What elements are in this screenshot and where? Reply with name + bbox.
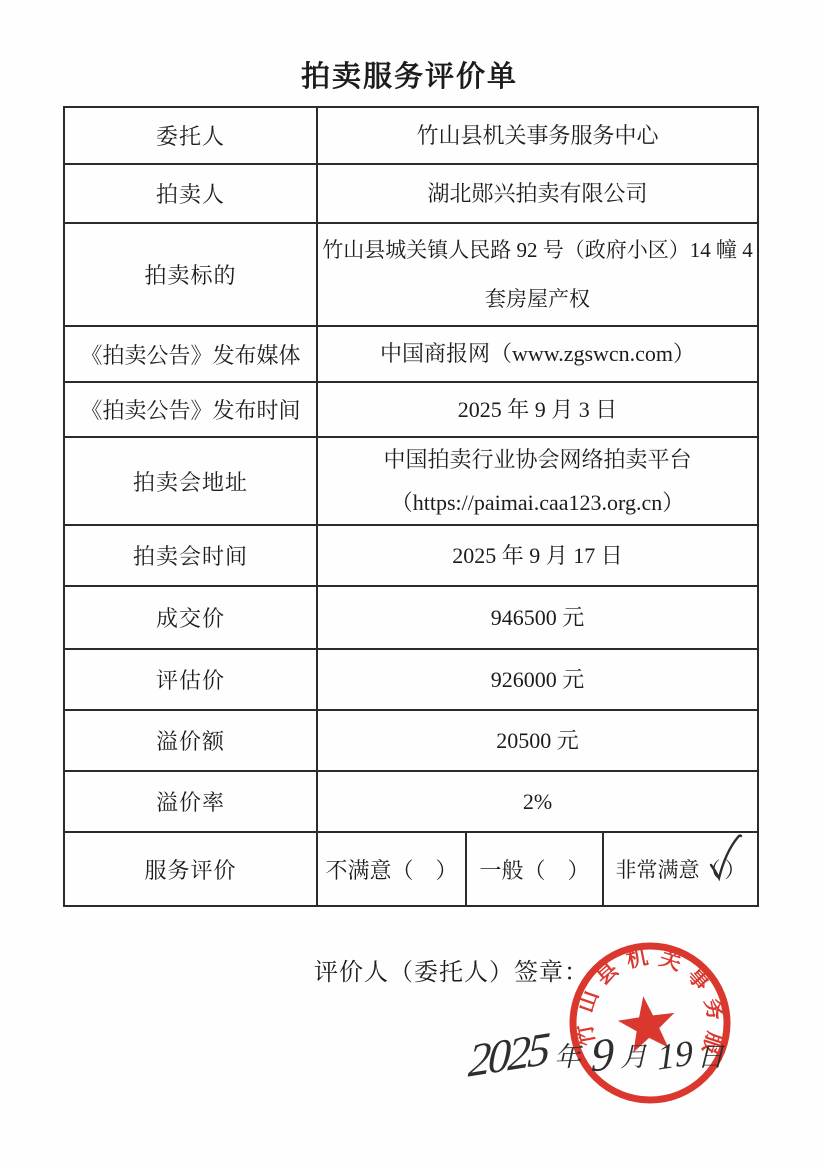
value-line: 湖北郧兴拍卖有限公司 [320, 183, 755, 205]
row-label: 成交价 [64, 586, 317, 649]
official-stamp: 竹山县机关事务服务中心 [563, 936, 737, 1110]
table-row: 评估价 926000 元 [64, 649, 758, 710]
date-year-unit: 年 [553, 1035, 581, 1075]
row-value: 2025 年 9 月 3 日 [317, 382, 758, 437]
rating-row: 服务评价 不满意（ ） 一般（ ） 非常满意（ ） [64, 832, 758, 906]
row-value: 中国商报网（www.zgswcn.com） [317, 326, 758, 382]
option-text: 不满意 [325, 858, 391, 883]
value-line: 20500 元 [320, 730, 755, 752]
value-line: 套房屋产权 [320, 275, 755, 324]
table-row: 成交价 946500 元 [64, 586, 758, 649]
date-day: 19 [656, 1031, 693, 1078]
table-row: 委托人 竹山县机关事务服务中心 [64, 107, 758, 164]
value-line: 竹山县机关事务服务中心 [320, 125, 755, 147]
date-year: 2025 [467, 1021, 549, 1088]
date-day-unit: 日 [697, 1035, 724, 1074]
value-line: （https://paimai.caa123.org.cn） [320, 481, 755, 524]
table-row: 拍卖会地址 中国拍卖行业协会网络拍卖平台 （https://paimai.caa… [64, 437, 758, 525]
evaluator-sign-label: 评价人（委托人）签章： [314, 952, 589, 987]
option-text: 非常满意 [616, 858, 700, 882]
option-text: 一般 [479, 858, 523, 883]
value-line: 946500 元 [320, 607, 755, 629]
value-line: 2% [320, 791, 755, 813]
value-line: 竹山县城关镇人民路 92 号（政府小区）14 幢 4 [320, 226, 755, 275]
rating-option-unsatisfied: 不满意（ ） [317, 832, 466, 906]
row-label: 服务评价 [64, 832, 317, 906]
date-month-unit: 月 [620, 1035, 648, 1074]
row-value: 2025 年 9 月 17 日 [317, 525, 758, 586]
row-value: 946500 元 [317, 586, 758, 649]
handwritten-date: 2025 年 9 月 19 日 [468, 1028, 724, 1081]
row-label: 溢价额 [64, 710, 317, 771]
check-mark-icon [721, 856, 725, 877]
row-label: 拍卖会地址 [64, 437, 317, 525]
table-row: 《拍卖公告》发布媒体 中国商报网（www.zgswcn.com） [64, 326, 758, 382]
row-label: 委托人 [64, 107, 317, 164]
table-row: 拍卖标的 竹山县城关镇人民路 92 号（政府小区）14 幢 4 套房屋产权 [64, 223, 758, 326]
value-line: 中国商报网（www.zgswcn.com） [320, 343, 755, 365]
table-row: 拍卖人 湖北郧兴拍卖有限公司 [64, 164, 758, 223]
option-paren: （ ） [392, 858, 458, 883]
document-page: 拍卖服务评价单 委托人 竹山县机关事务服务中心 拍卖人 湖北郧兴拍卖有限公司 拍… [0, 0, 819, 1169]
row-value: 中国拍卖行业协会网络拍卖平台 （https://paimai.caa123.or… [317, 437, 758, 525]
evaluation-table: 委托人 竹山县机关事务服务中心 拍卖人 湖北郧兴拍卖有限公司 拍卖标的 竹山县城… [63, 106, 759, 907]
document-title: 拍卖服务评价单 [0, 54, 819, 95]
table-row: 《拍卖公告》发布时间 2025 年 9 月 3 日 [64, 382, 758, 437]
date-month: 9 [590, 1027, 615, 1083]
row-label: 溢价率 [64, 771, 317, 832]
row-value: 20500 元 [317, 710, 758, 771]
row-value: 竹山县机关事务服务中心 [317, 107, 758, 164]
table-row: 溢价额 20500 元 [64, 710, 758, 771]
row-label: 评估价 [64, 649, 317, 710]
rating-option-very-satisfied: 非常满意（ ） [603, 832, 758, 906]
value-line: 2025 年 9 月 3 日 [320, 399, 755, 421]
value-line: 926000 元 [320, 669, 755, 691]
row-label: 《拍卖公告》发布时间 [64, 382, 317, 437]
rating-option-average: 一般（ ） [466, 832, 603, 906]
row-label: 拍卖人 [64, 164, 317, 223]
table-row: 溢价率 2% [64, 771, 758, 832]
value-line: 2025 年 9 月 17 日 [320, 545, 755, 567]
value-line: 中国拍卖行业协会网络拍卖平台 [320, 438, 755, 481]
row-value: 926000 元 [317, 649, 758, 710]
option-paren: （ ） [524, 858, 590, 883]
table-row: 拍卖会时间 2025 年 9 月 17 日 [64, 525, 758, 586]
row-label: 拍卖标的 [64, 223, 317, 326]
row-label: 拍卖会时间 [64, 525, 317, 586]
row-label: 《拍卖公告》发布媒体 [64, 326, 317, 382]
row-value: 2% [317, 771, 758, 832]
row-value: 竹山县城关镇人民路 92 号（政府小区）14 幢 4 套房屋产权 [317, 223, 758, 326]
row-value: 湖北郧兴拍卖有限公司 [317, 164, 758, 223]
